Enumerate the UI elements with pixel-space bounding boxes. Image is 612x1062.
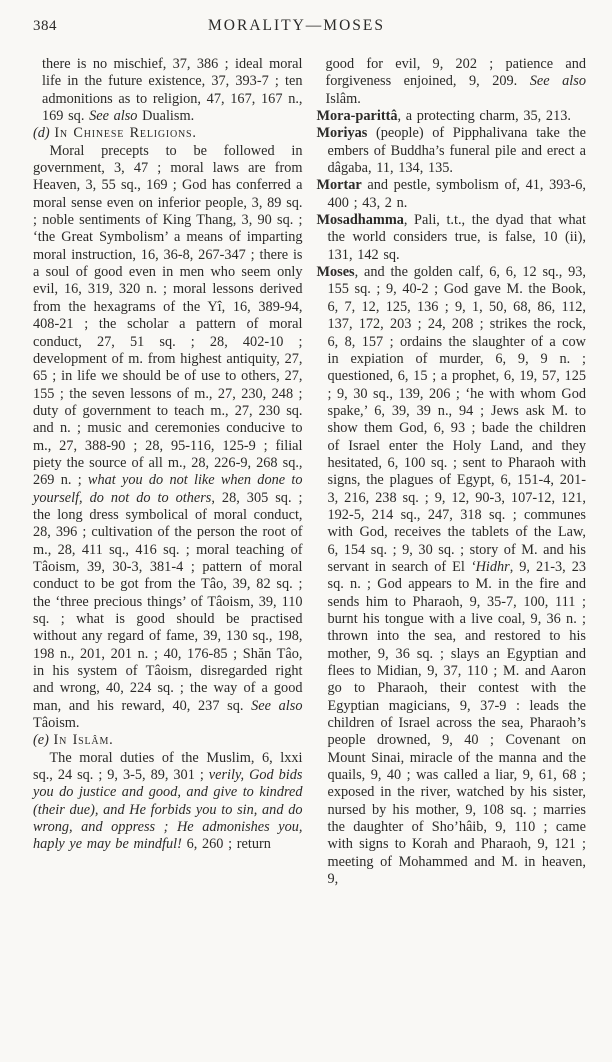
text-run: Moriyas bbox=[317, 125, 368, 141]
text-run: See also bbox=[251, 698, 302, 714]
text-run: In Chinese Religions. bbox=[54, 125, 196, 141]
text-run: See also bbox=[89, 108, 137, 124]
text-run: , a protecting charm, 35, 213. bbox=[398, 108, 571, 124]
text-run: , and the golden calf, 6, 6, 12 sq., 93,… bbox=[328, 264, 587, 575]
text-run: , 9, 21-3, 23 sq. n. ; God appears to M.… bbox=[328, 559, 587, 887]
index-entry: Moses, and the golden calf, 6, 6, 12 sq.… bbox=[317, 264, 587, 888]
text-run: (d) bbox=[33, 125, 54, 141]
text-run: Islâm. bbox=[326, 91, 361, 107]
index-paragraph: good for evil, 9, 202 ; patience and for… bbox=[317, 56, 587, 108]
text-run: ‘Hidhr bbox=[471, 559, 510, 575]
running-head-title: MORALITY—MOSES bbox=[33, 17, 560, 35]
index-entry: Mora-parittâ, a protecting charm, 35, 21… bbox=[317, 108, 587, 125]
text-run: Mora-parittâ bbox=[317, 108, 398, 124]
page-header: 384 MORALITY—MOSES bbox=[33, 14, 586, 48]
text-run: Dualism. bbox=[137, 108, 194, 124]
text-run: (e) bbox=[33, 732, 54, 748]
text-run: In Islâm. bbox=[54, 732, 114, 748]
index-paragraph: there is no mischief, 37, 386 ; ideal mo… bbox=[33, 56, 303, 125]
index-paragraph: Moral precepts to be followed in governm… bbox=[33, 143, 303, 733]
text-run: Mosadhamma bbox=[317, 212, 404, 228]
section-heading: (e) In Islâm. bbox=[33, 732, 303, 749]
text-run: , 28, 305 sq. ; the long dress symbolica… bbox=[33, 490, 303, 714]
text-run: Moses bbox=[317, 264, 355, 280]
text-run: Moral precepts to be followed in governm… bbox=[33, 143, 303, 489]
book-page: 384 MORALITY—MOSES there is no mischief,… bbox=[0, 0, 612, 1062]
index-entry: Moriyas (people) of Pipphalivana take th… bbox=[317, 125, 587, 177]
right-column: good for evil, 9, 202 ; patience and for… bbox=[317, 56, 587, 889]
text-run: (people) of Pipphalivana take the embers… bbox=[328, 125, 587, 176]
text-run: Mortar bbox=[317, 177, 362, 193]
index-entry: Mortar and pestle, symbolism of, 41, 393… bbox=[317, 177, 587, 212]
text-run: 6, 260 ; return bbox=[182, 836, 271, 852]
index-entry: Mosadhamma, Pali, t.t., the dyad that wh… bbox=[317, 212, 587, 264]
text-run: See also bbox=[530, 73, 586, 89]
left-column: there is no mischief, 37, 386 ; ideal mo… bbox=[33, 56, 303, 889]
index-paragraph: The moral duties of the Muslim, 6, lxxi … bbox=[33, 750, 303, 854]
text-run: Tâoism. bbox=[33, 715, 79, 731]
text-run: and pestle, symbolism of, 41, 393-6, 400… bbox=[328, 177, 587, 210]
text-columns: there is no mischief, 37, 386 ; ideal mo… bbox=[33, 56, 586, 889]
section-heading: (d) In Chinese Religions. bbox=[33, 125, 303, 142]
